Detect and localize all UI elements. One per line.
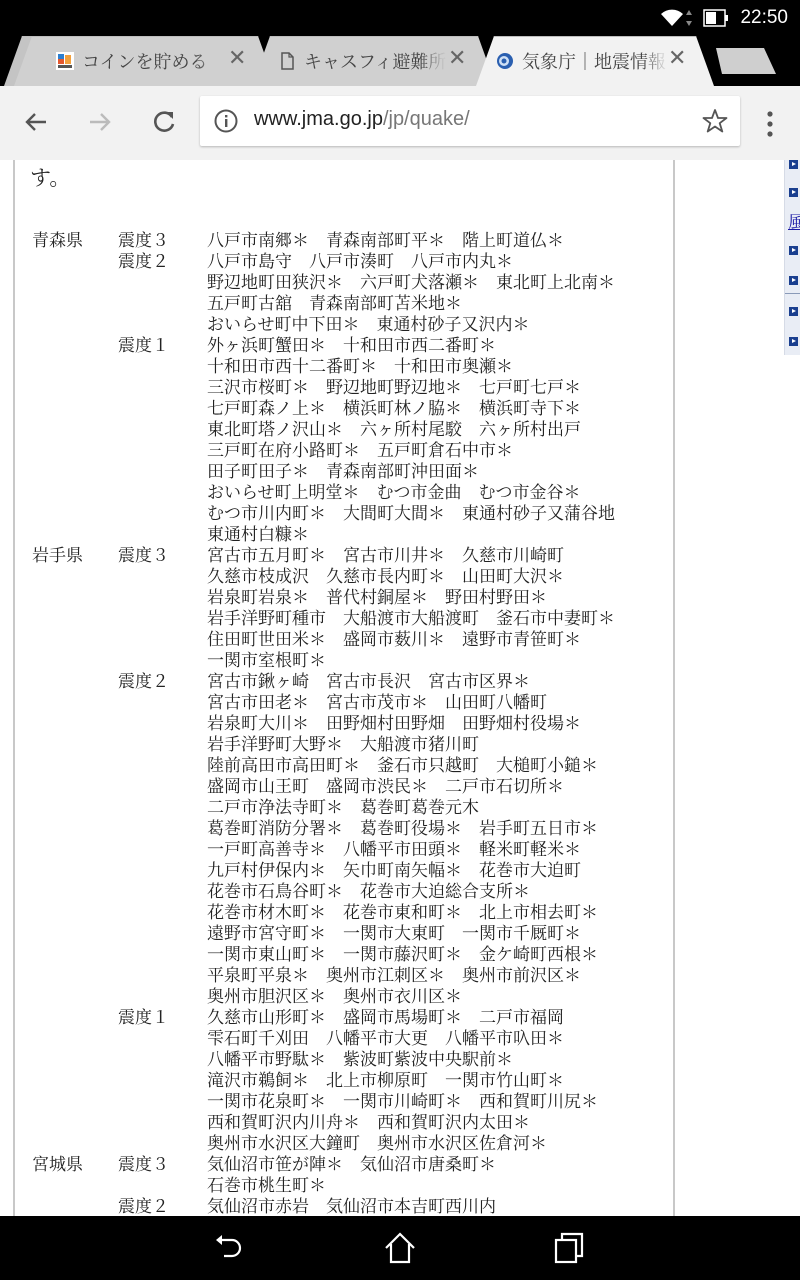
side-menu-panel: 風 — [784, 160, 800, 355]
observation-points: 八戸市南郷＊ 青森南部町平＊ 階上町道仏＊ — [207, 231, 615, 252]
observation-point-line: 一関市室根町＊ — [207, 651, 615, 672]
close-tab-button[interactable]: ✕ — [228, 46, 246, 71]
reload-button[interactable] — [146, 104, 182, 140]
close-tab-button[interactable]: ✕ — [668, 46, 686, 71]
observation-point-line: 三戸町在府小路町＊ 五戸町倉石中市＊ — [207, 441, 615, 462]
observation-point-line: 花巻市石鳥谷町＊ 花巻市大迫総合支所＊ — [207, 882, 615, 903]
menu-bullet-icon[interactable] — [789, 188, 798, 197]
observation-point-line: 葛巻町消防分署＊ 葛巻町役場＊ 岩手町五日市＊ — [207, 819, 615, 840]
clock: 22:50 — [740, 7, 788, 29]
system-nav-bar — [0, 1216, 800, 1280]
url-host: www.jma.go.jp — [254, 108, 383, 130]
observation-point-line: 雫石町千刈田 八幡平市大更 八幡平市叺田＊ — [207, 1029, 615, 1050]
observation-point-line: 三沢市桜町＊ 野辺地町野辺地＊ 七戸町七戸＊ — [207, 378, 615, 399]
tab-title: コインを貯める — [82, 48, 222, 74]
tab-coin[interactable]: コインを貯める ✕ — [14, 36, 276, 86]
intensity-label: 震度１ — [118, 336, 198, 357]
observation-point-line: 外ヶ浜町蟹田＊ 十和田市西二番町＊ — [207, 336, 615, 357]
intensity-label: 震度２ — [118, 252, 198, 273]
observation-point-line: 七戸町森ノ上＊ 横浜町林ノ脇＊ 横浜町寺下＊ — [207, 399, 615, 420]
observation-point-line: 二戸市浄法寺町＊ 葛巻町葛巻元木 — [207, 798, 615, 819]
observation-point-line: 一関市花泉町＊ 一関市川崎町＊ 西和賀町川尻＊ — [207, 1092, 615, 1113]
browser-toolbar: www.jma.go.jp/jp/quake/ — [0, 86, 800, 161]
arrow-right-icon — [87, 109, 113, 135]
prefecture-label: 青森県 — [32, 231, 112, 252]
observation-point-line: 住田町世田米＊ 盛岡市薮川＊ 遠野市青笹町＊ — [207, 630, 615, 651]
observation-point-line: 九戸村伊保内＊ 矢巾町南矢幅＊ 花巻市大迫町 — [207, 861, 615, 882]
arrow-left-icon — [23, 109, 49, 135]
observation-point-line: 一関市東山町＊ 一関市藤沢町＊ 金ケ崎町西根＊ — [207, 945, 615, 966]
observation-point-line: おいらせ町上明堂＊ むつ市金曲 むつ市金谷＊ — [207, 483, 615, 504]
observation-point-line: 岩手洋野町大野＊ 大船渡市猪川町 — [207, 735, 615, 756]
observation-point-line: 奥州市胆沢区＊ 奥州市衣川区＊ — [207, 987, 615, 1008]
intensity-label: 震度３ — [118, 546, 198, 567]
observation-points: 久慈市山形町＊ 盛岡市馬場町＊ 二戸市福岡雫石町千刈田 八幡平市大更 八幡平市叺… — [207, 1008, 615, 1155]
tab-casphy[interactable]: キャスフィ避難所 ✕ — [252, 36, 496, 86]
observation-point-line: 宮古市田老＊ 宮古市茂市＊ 山田町八幡町 — [207, 693, 615, 714]
observation-points: 外ヶ浜町蟹田＊ 十和田市西二番町＊十和田市西十二番町＊ 十和田市奥瀬＊三沢市桜町… — [207, 336, 615, 546]
intensity-label: 震度２ — [118, 1197, 198, 1216]
tab-title: 気象庁｜地震情報 — [522, 48, 668, 74]
observation-point-line: 八幡平市野駄＊ 紫波町紫波中央駅前＊ — [207, 1050, 615, 1071]
intensity-row: 宮城県震度３気仙沼市笹が陣＊ 気仙沼市唐桑町＊石巻市桃生町＊ — [32, 1155, 615, 1197]
observation-point-line: 奥州市水沢区大鐘町 奥州市水沢区佐倉河＊ — [207, 1134, 615, 1155]
back-button[interactable] — [18, 104, 54, 140]
home-nav-icon[interactable] — [382, 1230, 418, 1266]
observation-points: 宮古市五月町＊ 宮古市川井＊ 久慈市川崎町久慈市枝成沢 久慈市長内町＊ 山田町大… — [207, 546, 615, 672]
observation-point-line: 一戸町高善寺＊ 八幡平市田頭＊ 軽米町軽米＊ — [207, 840, 615, 861]
observation-point-line: 西和賀町沢内川舟＊ 西和賀町沢内太田＊ — [207, 1113, 615, 1134]
reload-icon — [151, 109, 177, 135]
observation-point-line: 宮古市鍬ヶ崎 宮古市長沢 宮古市区界＊ — [207, 672, 615, 693]
url-text[interactable]: www.jma.go.jp/jp/quake/ — [254, 108, 470, 131]
tab-title: キャスフィ避難所 — [304, 48, 446, 74]
menu-bullet-icon[interactable] — [789, 160, 798, 169]
tab-jma[interactable]: 気象庁｜地震情報 ✕ — [476, 36, 714, 86]
observation-point-line: 陸前高田市高田町＊ 釜石市只越町 大槌町小鎚＊ — [207, 756, 615, 777]
seismic-intensity-table: 青森県震度３八戸市南郷＊ 青森南部町平＊ 階上町道仏＊震度２八戸市島守 八戸市湊… — [32, 231, 615, 1216]
observation-point-line: 東北町塔ノ沢山＊ 六ヶ所村尾駮 六ヶ所村出戸 — [207, 420, 615, 441]
intensity-row: 震度１久慈市山形町＊ 盛岡市馬場町＊ 二戸市福岡雫石町千刈田 八幡平市大更 八幡… — [32, 1008, 615, 1155]
prefecture-label: 岩手県 — [32, 546, 112, 567]
intensity-label: 震度１ — [118, 1008, 198, 1029]
battery-icon — [703, 8, 729, 28]
menu-bullet-icon[interactable] — [789, 276, 798, 285]
info-icon[interactable] — [214, 109, 238, 133]
content-left-border — [13, 160, 15, 1216]
menu-bullet-icon[interactable] — [789, 337, 798, 346]
observation-point-line: 花巻市材木町＊ 花巻市東和町＊ 北上市相去町＊ — [207, 903, 615, 924]
page-content[interactable]: 風 す。 青森県震度３八戸市南郷＊ 青森南部町平＊ 階上町道仏＊震度２八戸市島守… — [0, 160, 800, 1216]
observation-point-line: 気仙沼市笹が陣＊ 気仙沼市唐桑町＊ — [207, 1155, 615, 1176]
observation-point-line: むつ市川内町＊ 大間町大間＊ 東通村砂子又蒲谷地 — [207, 504, 615, 525]
observation-point-line: 八戸市島守 八戸市湊町 八戸市内丸＊ — [207, 252, 615, 273]
bookmark-star-icon[interactable] — [702, 108, 728, 134]
page-icon — [278, 52, 296, 70]
side-menu-divider — [785, 293, 800, 294]
observation-point-line: 岩手洋野町種市 大船渡市大船渡町 釜石市中妻町＊ — [207, 609, 615, 630]
jma-favicon — [496, 52, 514, 70]
observation-point-line: 滝沢市鵜飼＊ 北上市柳原町 一関市竹山町＊ — [207, 1071, 615, 1092]
observation-point-line: 十和田市西十二番町＊ 十和田市奥瀬＊ — [207, 357, 615, 378]
wifi-icon — [660, 8, 684, 28]
observation-points: 気仙沼市赤岩 気仙沼市本吉町西川内 — [207, 1197, 615, 1216]
observation-point-line: 盛岡市山王町 盛岡市渋民＊ 二戸市石切所＊ — [207, 777, 615, 798]
content-right-border — [673, 160, 675, 1216]
observation-points: 八戸市島守 八戸市湊町 八戸市内丸＊野辺地町田狭沢＊ 六戸町犬落瀬＊ 東北町上北… — [207, 252, 615, 336]
intensity-row: 岩手県震度３宮古市五月町＊ 宮古市川井＊ 久慈市川崎町久慈市枝成沢 久慈市長内町… — [32, 546, 615, 672]
observation-point-line: 岩泉町岩泉＊ 普代村銅屋＊ 野田村野田＊ — [207, 588, 615, 609]
prefecture-label: 宮城県 — [32, 1155, 112, 1176]
address-bar[interactable]: www.jma.go.jp/jp/quake/ — [200, 96, 740, 146]
observation-point-line: 気仙沼市赤岩 気仙沼市本吉町西川内 — [207, 1197, 615, 1216]
close-tab-button[interactable]: ✕ — [448, 46, 466, 71]
intensity-row: 震度２宮古市鍬ヶ崎 宮古市長沢 宮古市区界＊宮古市田老＊ 宮古市茂市＊ 山田町八… — [32, 672, 615, 1008]
status-bar: 22:50 — [0, 0, 800, 36]
intensity-label: 震度３ — [118, 1155, 198, 1176]
recents-nav-icon[interactable] — [552, 1230, 588, 1266]
tab-strip: コインを貯める ✕ キャスフィ避難所 ✕ 気象庁｜地震情報 ✕ — [0, 36, 800, 86]
intensity-row: 震度２八戸市島守 八戸市湊町 八戸市内丸＊野辺地町田狭沢＊ 六戸町犬落瀬＊ 東北… — [32, 252, 615, 336]
observation-point-line: 久慈市山形町＊ 盛岡市馬場町＊ 二戸市福岡 — [207, 1008, 615, 1029]
back-nav-icon[interactable] — [212, 1230, 248, 1266]
intensity-row: 青森県震度３八戸市南郷＊ 青森南部町平＊ 階上町道仏＊ — [32, 231, 615, 252]
observation-point-line: 野辺地町田狭沢＊ 六戸町犬落瀬＊ 東北町上北南＊ — [207, 273, 615, 294]
bitcash-favicon — [56, 52, 74, 70]
observation-point-line: 遠野市宮守町＊ 一関市大東町 一関市千厩町＊ — [207, 924, 615, 945]
observation-points: 宮古市鍬ヶ崎 宮古市長沢 宮古市区界＊宮古市田老＊ 宮古市茂市＊ 山田町八幡町岩… — [207, 672, 615, 1008]
intro-text-tail: す。 — [30, 162, 70, 192]
side-menu-link[interactable]: 風 — [788, 208, 800, 233]
observation-point-line: おいらせ町中下田＊ 東通村砂子又沢内＊ — [207, 315, 615, 336]
new-tab-button[interactable] — [716, 48, 776, 74]
observation-point-line: 宮古市五月町＊ 宮古市川井＊ 久慈市川崎町 — [207, 546, 615, 567]
forward-button[interactable] — [82, 104, 118, 140]
menu-bullet-icon[interactable] — [789, 307, 798, 316]
observation-point-line: 八戸市南郷＊ 青森南部町平＊ 階上町道仏＊ — [207, 231, 615, 252]
intensity-row: 震度２気仙沼市赤岩 気仙沼市本吉町西川内 — [32, 1197, 615, 1216]
observation-points: 気仙沼市笹が陣＊ 気仙沼市唐桑町＊石巻市桃生町＊ — [207, 1155, 615, 1197]
more-menu-icon[interactable] — [760, 110, 780, 138]
data-arrows-icon — [685, 8, 693, 28]
url-path: /jp/quake/ — [383, 108, 470, 130]
menu-bullet-icon[interactable] — [789, 246, 798, 255]
intensity-label: 震度２ — [118, 672, 198, 693]
observation-point-line: 石巻市桃生町＊ — [207, 1176, 615, 1197]
intensity-row: 震度１外ヶ浜町蟹田＊ 十和田市西二番町＊十和田市西十二番町＊ 十和田市奥瀬＊三沢… — [32, 336, 615, 546]
observation-point-line: 平泉町平泉＊ 奥州市江刺区＊ 奥州市前沢区＊ — [207, 966, 615, 987]
observation-point-line: 久慈市枝成沢 久慈市長内町＊ 山田町大沢＊ — [207, 567, 615, 588]
observation-point-line: 岩泉町大川＊ 田野畑村田野畑 田野畑村役場＊ — [207, 714, 615, 735]
observation-point-line: 東通村白糠＊ — [207, 525, 615, 546]
intensity-label: 震度３ — [118, 231, 198, 252]
observation-point-line: 五戸町古舘 青森南部町苫米地＊ — [207, 294, 615, 315]
observation-point-line: 田子町田子＊ 青森南部町沖田面＊ — [207, 462, 615, 483]
